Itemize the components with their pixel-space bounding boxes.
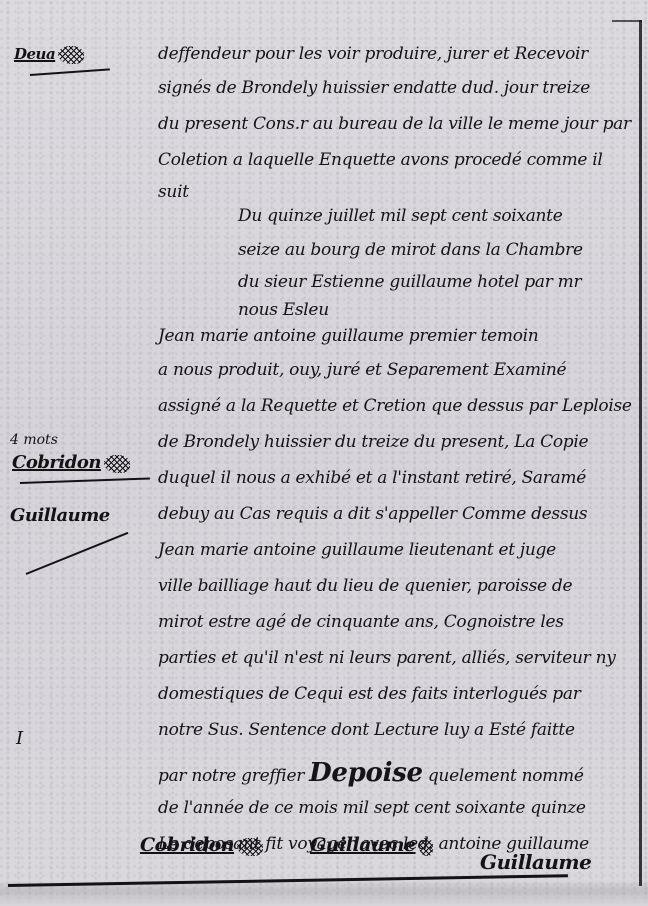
text-line: ville bailliage haut du lieu de quenier,…	[158, 576, 572, 596]
greffier-signature: Depoise	[309, 758, 423, 788]
signature-flourish-icon	[58, 46, 84, 64]
text-line: du present Cons.r au bureau de la ville …	[158, 114, 631, 134]
signature-flourish-icon	[104, 455, 130, 473]
margin-signature-1: Cobridon	[12, 452, 130, 473]
footer-signature-1: Cobridon	[140, 834, 263, 856]
text-line: parties et qu'il n'est ni leurs parent, …	[158, 648, 616, 668]
signature-flourish-icon	[419, 838, 433, 856]
text-line: nous Esleu	[238, 300, 329, 320]
manuscript-page: Deua 4 mots Cobridon Guillaume I deffend…	[0, 0, 648, 906]
page-border-right	[639, 20, 642, 886]
signature-underline	[30, 68, 110, 76]
text-line: Coletion a laquelle Enquette avons proce…	[158, 150, 603, 170]
signature-flourish-stroke	[26, 532, 129, 575]
footer-signature-3: Guillaume	[480, 850, 591, 874]
page-bottom-edge	[0, 880, 648, 906]
text-line: Du quinze juillet mil sept cent soixante	[238, 206, 562, 226]
text-line: domestiques de Cequi est des faits inter…	[158, 684, 581, 704]
signature-underline	[20, 477, 150, 484]
text-line: signés de Brondely huissier endatte dud.…	[158, 78, 590, 98]
text-line: a nous produit, ouy, juré et Separement …	[158, 360, 566, 380]
text-line: duquel il nous a exhibé et a l'instant r…	[158, 468, 586, 488]
text-line: de Brondely huissier du treize du presen…	[158, 432, 588, 452]
text-line: par notre greffier Depoise quelement nom…	[158, 758, 584, 788]
text-line: de l'année de ce mois mil sept cent soix…	[158, 798, 586, 818]
margin-signature-top: Deua	[14, 44, 84, 64]
text-line: notre Sus. Sentence dont Lecture luy a E…	[158, 720, 575, 740]
text-line: Jean marie antoine guillaume premier tem…	[158, 326, 538, 346]
margin-tick-mark: I	[16, 728, 23, 749]
footer-signature-2: Guillaume	[310, 834, 433, 856]
text-line: debuy au Cas requis a dit s'appeller Com…	[158, 504, 587, 524]
text-line: deffendeur pour les voir produire, jurer…	[158, 44, 588, 64]
text-line: Jean marie antoine guillaume lieutenant …	[158, 540, 556, 560]
signature-flourish-icon	[237, 838, 263, 856]
margin-signature-2: Guillaume	[10, 505, 110, 526]
text-line: suit	[158, 182, 189, 202]
text-line: mirot estre agé de cinquante ans, Cognoi…	[158, 612, 564, 632]
page-border-corner	[612, 20, 642, 22]
text-line: assigné a la Requette et Cretion que des…	[158, 396, 632, 416]
margin-note: 4 mots	[10, 432, 58, 448]
text-line: seize au bourg de mirot dans la Chambre	[238, 240, 583, 260]
text-line: du sieur Estienne guillaume hotel par mr	[238, 272, 581, 292]
